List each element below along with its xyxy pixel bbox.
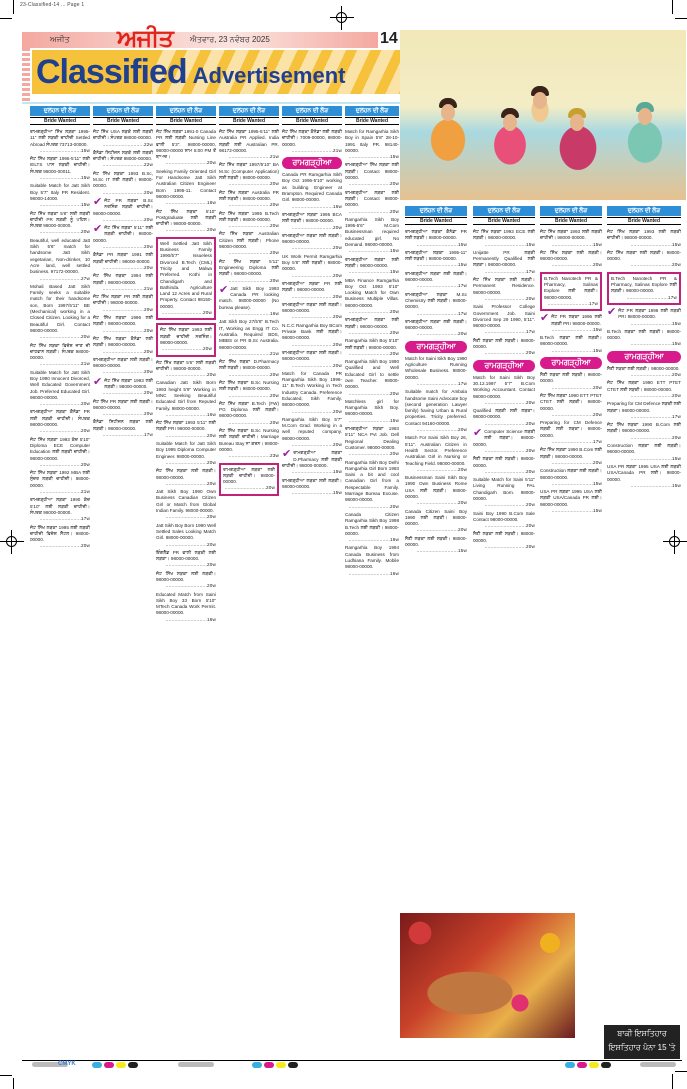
- ad-text: ਰਾਮਗੜ੍ਹੀਆ ਲੜਕਾ ਲਈ ਲੜਕੀ। 98000-00000.: [345, 257, 399, 270]
- classified-ad: B.Tech ਲੜਕਾ ਲਈ ਲੜਕੀ। 98000-00000........…: [607, 329, 681, 348]
- classified-ad: ਜੱਟ ਸਿੱਖ ਲੜਕਾ B.Tech (FW) PG Diploma ਲਈ …: [219, 401, 279, 426]
- ad-text: Jatt Sikh Boy 1990 Own Business Canadian…: [156, 489, 216, 514]
- divider: [22, 102, 400, 104]
- ad-word-count: ............................20w: [473, 448, 535, 454]
- column-header: ਦੁਲਹਨ ਦੀ ਲੋੜBride Wanted: [219, 106, 279, 125]
- ad-text: ਜੱਟ ਸਿੱਖ ਲੜਕਾ 1993 ਕੱਦ 5'10" Diploma ECE…: [30, 437, 90, 462]
- column-heading-punjabi: ਦੁਲਹਨ ਦੀ ਲੋੜ: [607, 206, 681, 216]
- ad-text: ਜੱਟ ਸਿੱਖ ਲੜਕਾ 1995-5'11" ਲਈ Australia PR…: [219, 129, 279, 154]
- classified-ad: ਰਾਮਗੜ੍ਹੀਆ ਲੜਕਾ ਲਈ ਲੜਕੀ। Contact 98000-00…: [345, 190, 399, 215]
- column-heading-english: Bride Wanted: [607, 217, 681, 225]
- ad-word-count: ............................20w: [345, 209, 399, 215]
- ad-word-count: ............................20w: [473, 421, 535, 427]
- classified-ad: ਜੱਟ ਸਿੱਖ ਲੜਕਾ PR ਲਈ ਲੜਕੀ ਚਾਹੀਦੀ। 98000-0…: [93, 294, 153, 313]
- ad-word-count: ............................20w: [345, 451, 399, 457]
- ad-text: ਰਾਮਗੜ੍ਹੀਆ ਲੜਕਾ ਲਈ ਲੜਕੀ ਚਾਹੀਦੀ। 98000-000…: [223, 467, 275, 486]
- ad-word-count: ............................20w: [30, 334, 90, 340]
- ad-text: Mohali Based Jatt Sikh Family seeks a su…: [30, 284, 90, 334]
- ad-text: ਕੈਨੇਡਾ ਸਿਟੀਜ਼ਨ ਲੜਕੇ ਲਈ ਲੜਕੀ ਚਾਹੀਦੀ। ਸੰਪਰ…: [93, 150, 153, 163]
- ad-text: ਜੱਟ ਸਿੱਖ ਲੜਕਾ 1993 B.Sc, M.Sc IT ਲਈ ਲੜਕੀ…: [93, 171, 153, 190]
- column-heading-punjabi: ਦੁਲਹਨ ਦੀ ਲੋੜ: [473, 206, 535, 216]
- ad-word-count: ............................20w: [540, 460, 602, 466]
- classified-ad: ਰਾਮਗੜ੍ਹੀਆ ਲੜਕਾ ਲਈ ਲੜਕੀ ਚਾਹੀਦੀ। 98000-000…: [219, 463, 279, 496]
- classified-ad: B.Tech ਲੜਕਾ ਲਈ ਲੜਕੀ। 98000-00000........…: [540, 335, 602, 354]
- classified-ad: Suitable Match for Jatt Sikh Boy 1990 In…: [30, 370, 90, 408]
- classified-ad: Saini Boy 1990 B.Com Sale Contact 98000-…: [473, 511, 535, 530]
- classified-ad: Canadian Jatt Sikh Born 1993 height 5'9"…: [156, 380, 216, 418]
- classified-ad: Ramgarhia Sikh Boy Delhi Ramgarhia Girl …: [345, 460, 399, 510]
- classified-ad: ਰਾਮਗੜ੍ਹੀਆ ਸਿੱਖ ਲੜਕਾ 1995-11" ਲਈ ਲੜਕੀ ਚਾਹ…: [30, 129, 90, 154]
- ad-text: Ramgarhia Sikh Boy 1995-5'6" M.Com Busin…: [345, 217, 399, 248]
- ad-text: Match for Saini Sikh Boy 1990 Agricultur…: [405, 356, 467, 381]
- ad-word-count: ............................20w: [345, 391, 399, 397]
- ad-column-7: ਦੁਲਹਨ ਦੀ ਲੋੜBride Wanted ਰਾਮਗੜ੍ਹੀਆ ਲੜਕਾ …: [405, 206, 467, 906]
- ad-word-count: ............................20w: [156, 372, 216, 378]
- ad-word-count: ............................20w: [93, 190, 153, 196]
- ad-word-count: ............................17w: [405, 311, 467, 317]
- ad-text: Saini Boy 1990 B.Com Sale Contact 98000-…: [473, 511, 535, 524]
- classified-ad: ਜੱਟ ਸਿੱਖ ਲੜਕਾ 1997/5'10" BA M.Sc (Comput…: [219, 162, 279, 187]
- ad-text: ਜੱਟ ਸਿੱਖ ਲੜਕਾ 5'8" ਲਈ ਲੜਕੀ ਚਾਹੀਦੀ PR ਲੜਕ…: [30, 211, 90, 230]
- classified-ad: ਜੱਟ ਸਿੱਖ ਲੜਕਾ 1993 ਲਈ ਲੜਕੀ ਚਾਹੀਦੀ। 98000…: [607, 229, 681, 248]
- classified-ad: ਜੱਟ PR ਲੜਕਾ 1996 ਲਈ ਲੜਕੀ PR। 98000-00000…: [607, 308, 681, 327]
- ad-word-count: ............................17w: [473, 329, 535, 335]
- classified-ad: ਰਾਮਗੜ੍ਹੀਆ ਲੜਕਾ ਲਈ ਲੜਕੀ। 98000-00000.....…: [282, 350, 342, 369]
- ad-text: ਜੱਟ ਸਿੱਖ ਲੜਕਾ 1992 MBA ਲਈ ਸੁੰਦਰ ਲੜਕੀ ਚਾਹ…: [30, 470, 90, 489]
- classified-ad: ਰਾਮਗੜ੍ਹੀਆ ਲੜਕਾ ਲਈ ਲੜਕੀ। 98000-00000.....…: [405, 271, 467, 290]
- ad-text: ਜੱਟ ਸਿੱਖ ਲੜਕਾ 1995-5'11" ਲਈ IELTS ਪਾਸ ਲੜ…: [30, 156, 90, 175]
- classified-ad: ਜੱਟ ਸਿੱਖ ਲੜਕਾ 5'11" ਲਈ ਲੜਕੀ ਚਾਹੀਦੀ। 9800…: [93, 225, 153, 250]
- ad-column-4: ਦੁਲਹਨ ਦੀ ਲੋੜBride Wanted ਜੱਟ ਸਿੱਖ ਲੜਕਾ 1…: [219, 106, 279, 499]
- ad-word-count: ............................20w: [405, 527, 467, 533]
- ad-text: Ramgarhia Sikh Boy 5'7" M.Com Grad. Work…: [282, 417, 342, 442]
- ad-word-count: ............................20w: [282, 409, 342, 415]
- classified-ad: Ramgarhia Sikh Boy 5'7" M.Com Grad. Work…: [282, 417, 342, 448]
- classified-ad: Match for Saini Sikh Boy 1990 Agricultur…: [405, 356, 467, 387]
- ad-word-count: ............................17w: [540, 439, 602, 445]
- ad-word-count: ............................20w: [30, 229, 90, 235]
- ad-word-count: ............................20w: [156, 542, 216, 548]
- classified-ad: Suitable Match for Saini 5'11" Living Ru…: [473, 477, 535, 508]
- ad-word-count: ............................20w: [160, 346, 212, 352]
- ad-word-count: ............................20w: [30, 543, 90, 549]
- classified-ad: ਜੱਟ ਸਿੱਖ ਲੜਕਾ 1995-5'11" ਲਈ Australia PR…: [219, 129, 279, 160]
- crop-mark: [675, 18, 687, 19]
- ad-word-count: ............................15w: [607, 483, 681, 489]
- classified-ad: ਜੱਟ ਸਿੱਖ ਲੜਕਾ 1990 ETT PTET CTET ਲਈ ਲੜਕੀ…: [607, 380, 681, 399]
- ad-text: USA PR ਲੜਕਾ 1995 USA ਲਈ ਲੜਕੀ USA/Canada …: [607, 464, 681, 483]
- ad-text: ਜੱਟ ਸਿੱਖ ਲੜਕਾ 5'11" ਲਈ ਲੜਕੀ ਚਾਹੀਦੀ। 9800…: [93, 225, 153, 244]
- classified-ad: ਇੰਗਲੈਂਡ PR ਵਾਲੀ ਲੜਕੀ ਲਈ ਲੜਕਾ। 98000-0000…: [156, 550, 216, 569]
- classified-ad: ਜੱਟ ਸਿੱਖ ਲੜਕਾ ਕੈਨੇਡਾ ਲਈ ਲੜਕੀ। 98000-0000…: [93, 336, 153, 355]
- classified-ad: ਜੱਟ ਸਿੱਖ ਲੜਕਾ 1995 B.Tech ਲਈ ਲੜਕੀ। 98000…: [219, 211, 279, 230]
- ad-text: Match for Saini Sikh Boy 30.12.1997 5'7"…: [473, 375, 535, 400]
- ad-text: ਜੱਟ ਸਿੱਖ ਲੜਕਾ 1990 ETT PTET CTET ਲਈ ਲੜਕੀ…: [607, 380, 681, 393]
- ad-text: ਜੱਟ ਸਿੱਖ ਲੜਕਾ D.Pharmacy ਲਈ ਲੜਕੀ। 98000-…: [219, 359, 279, 372]
- ad-word-count: ............................15w: [30, 148, 90, 154]
- classified-ad: Match for Saini Sikh Boy 30.12.1997 5'7"…: [473, 375, 535, 406]
- ad-text: Businessman Saini Sikh Boy 1990 Own Busi…: [405, 475, 467, 500]
- ad-text: ਜੱਟ ਸਿੱਖ ਲੜਕਾ 1994 ਲਈ ਲੜਕੀ। 98000-00000.: [93, 273, 153, 286]
- classified-ad: ਜੱਟ ਸਿੱਖ ਲੜਕਾ 1990 B.Com ਲਈ ਲੜਕੀ। 98000-…: [607, 422, 681, 441]
- classified-ad: USA PR ਲੜਕਾ 1995 USA ਲਈ ਲੜਕੀ USA/Canada …: [607, 464, 681, 489]
- column-header: ਦੁਲਹਨ ਦੀ ਲੋੜBride Wanted: [156, 106, 216, 125]
- classified-ad: ਜੱਟ ਸਿੱਖ ਲੜਕਾ ਲਈ ਲੜਕੀ। Permanent Residen…: [473, 277, 535, 302]
- classified-ad: ਜੱਟ PR ਲੜਕਾ 1996 ਲਈ ਲੜਕੀ PR। 98000-00000…: [540, 314, 602, 333]
- classified-ad: Well Settled Jatt Sikh Business Family 1…: [156, 237, 216, 321]
- classified-ad: ਜੱਟ ਸਿੱਖ ਲੜਕਾ ਲਈ ਲੜਕੀ। 98000-00000......…: [156, 571, 216, 590]
- ad-word-count: ............................20w: [219, 420, 279, 426]
- classified-ad: ਰਾਮਗੜ੍ਹੀਆ ਲੜਕਾ ਕੈਨੇਡਾ PR ਲਈ ਲੜਕੀ। 98000-…: [405, 229, 467, 248]
- column-heading-english: Bride Wanted: [93, 117, 153, 125]
- ad-word-count: ............................21w: [93, 286, 153, 292]
- ad-word-count: ............................20w: [282, 294, 342, 300]
- classified-ad: Seeking Family Oriented Girl For Handsom…: [156, 169, 216, 207]
- column-header: ਦੁਲਹਨ ਦੀ ਲੋੜBride Wanted: [540, 206, 602, 225]
- ad-word-count: ............................20w: [93, 217, 153, 223]
- ad-word-count: ............................20w: [473, 502, 535, 508]
- classified-ad: MBA Finance Ramgarhia Boy Oct 1993 5'10"…: [345, 278, 399, 316]
- classified-ad: ਜੱਟ ਸਿੱਖ ਲੜਕਾ ਲਈ ਲੜਕੀ। 98000-00000......…: [156, 468, 216, 487]
- classified-ad: ਜੱਟ ਸਿੱਖ ਲੜਕਾ 1995-5'11" ਲਈ IELTS ਪਾਸ ਲੜ…: [30, 156, 90, 181]
- ad-word-count: ............................16w: [156, 617, 216, 623]
- ad-text: ਰਾਮਗੜ੍ਹੀਆ ਲੜਕਾ M.Sc Chemistry ਲਈ ਲੜਕੀ। 9…: [405, 292, 467, 311]
- ad-text: ਰਾਮਗੜ੍ਹੀਆ ਲੜਕਾ 1995-11" ਲਈ ਲੜਕੀ। 98000-0…: [405, 250, 467, 263]
- ad-word-count: ............................16w: [282, 204, 342, 210]
- classified-ad: Canada Citizen Saini Boy 1990 ਲਈ ਲੜਕੀ। 9…: [405, 509, 467, 534]
- ad-text: Beautiful, well educated Jatt Sikh 5'6" …: [30, 238, 90, 276]
- ad-word-count: ............................20w: [30, 462, 90, 468]
- ad-text: Construction ਲੜਕਾ ਲਈ ਲੜਕੀ। 98000-00000.: [607, 443, 681, 456]
- classified-ad: Ramgarhia Sikh Boy 1995-5'6" M.Com Busin…: [345, 217, 399, 255]
- ad-text: UK Work Permit Ramgarhia Boy 5'8" ਲਈ ਲੜਕ…: [282, 254, 342, 273]
- ad-word-count: ............................21w: [219, 351, 279, 357]
- ad-word-count: ............................16w: [219, 311, 279, 317]
- classified-ad: USA PR ਲੜਕਾ 1995 USA ਲਈ ਲੜਕੀ USA/Canada …: [540, 489, 602, 514]
- ad-list: ਜੱਟ ਸਿੱਖ ਲੜਕਾ 1993 ਲਈ ਲੜਕੀ ਚਾਹੀਦੀ। 98000…: [540, 229, 602, 514]
- ad-word-count: ............................15w: [607, 341, 681, 347]
- classified-ad: ਜੱਟ ਸਿੱਖ ਲੜਕਾ 1990 B.Com ਲਈ ਲੜਕੀ। 98000-…: [540, 447, 602, 466]
- ad-text: ਰਾਮਗੜ੍ਹੀਆ ਲੜਕਾ ਲਈ ਲੜਕੀ। 98000-00000.: [282, 350, 342, 363]
- classified-ad: ਜੱਟ ਸਿੱਖ ਲੜਕਾ 1993 B.Sc, M.Sc IT ਲਈ ਲੜਕੀ…: [93, 171, 153, 196]
- ad-word-count: ............................20w: [345, 504, 399, 510]
- ad-text: ਜੱਟ ਸਿੱਖ ਲੜਕਾ B.Sc Nursing ਲਈ ਲੜਕੀ ਚਾਹੀਦ…: [219, 428, 279, 453]
- section-title-band: ClassifiedAdvertisement: [32, 50, 402, 94]
- ad-text: Jatt Sikh Boy 27/5'8" B.Tech IT, Working…: [219, 319, 279, 350]
- registration-mark-icon: [330, 6, 354, 30]
- ad-text: ਜੱਟ ਸਿੱਖ ਲੜਕਾ 1993 ਲਈ ਲੜਕੀ। 98000-00000.: [93, 378, 153, 391]
- ad-word-count: ............................17w: [93, 432, 153, 438]
- ad-list: Match for Ramgarhia Sikh Boy in Spain 5'…: [345, 129, 399, 577]
- ad-text: ਜੱਟ ਸਿੱਖ ਲੜਕਾ 1993 ECE ਲਈ ਲੜਕੀ। 98000-00…: [473, 229, 535, 242]
- ad-text: Suitable Match for Saini 5'11" Living Ru…: [473, 477, 535, 502]
- ad-word-count: ............................20w: [345, 309, 399, 315]
- classified-ad: Qualified ਲੜਕੀ ਲਈ ਲੜਕਾ। 98000-00000.....…: [473, 408, 535, 427]
- ad-word-count: ............................20w: [405, 331, 467, 337]
- ad-text: ਰਾਮਗੜ੍ਹੀਆ ਲੜਕਾ ਲਈ ਲੜਕੀ। 98000-00000.: [282, 302, 342, 315]
- ad-word-count: ............................17w: [611, 295, 677, 301]
- issue-date: ਐਤਵਾਰ, 23 ਨਵੰਬਰ 2025: [190, 35, 270, 45]
- ad-text: ਜੱਟ ਸਿੱਖ ਲੜਕਾ B.Sc Nursing ਲਈ ਲੜਕੀ। 9800…: [219, 380, 279, 393]
- ad-word-count: ............................20w: [540, 412, 602, 418]
- ad-text: ਜੱਟ ਸਿੱਖ ਲੜਕਾ 5'11" Engineering Diploma …: [219, 259, 279, 278]
- print-gray-bar: [178, 1062, 214, 1067]
- ad-word-count: ............................27w: [30, 276, 90, 282]
- classified-ad: ਰਾਮਗੜ੍ਹੀਆ ਸਿੱਖ ਲੜਕਾ ਲਈ ਲੜਕੀ। Contact 980…: [345, 162, 399, 187]
- notice-line-2: ਇਸ਼ਤਿਹਾਰ ਪੰਨਾ 15 'ਤੇ: [607, 1041, 677, 1055]
- ad-word-count: ............................20w: [473, 544, 535, 550]
- ad-text: N.C.C Ramgarhia Boy BCom Private Bank ਲਈ…: [282, 323, 342, 342]
- classified-ad: Beautiful, well educated Jatt Sikh 5'6" …: [30, 238, 90, 282]
- ad-word-count: ............................21w: [30, 361, 90, 367]
- ad-text: Match for Canada PR Ramgarhia Sikh Boy 1…: [282, 371, 342, 409]
- figure-face: [570, 114, 584, 131]
- classified-ad: B.Tech Nanotech PR & Pharmacy, Salinas E…: [540, 272, 602, 311]
- print-slug: 23-Classified-14 ... Page 1: [20, 2, 84, 8]
- ad-list: ਜੱਟ ਸਿੱਖ ਲੜਕਾ ਕੈਨੇਡਾ ਲਈ ਲੜਕੀ ਚਾਹੀਦੀ। 700…: [282, 129, 342, 496]
- ad-text: ਜੱਟ ਸਿੱਖ ਲੜਕਾ 1993 ਲਈ ਲੜਕੀ ਚਾਹੀਦੀ। 98000…: [540, 229, 602, 242]
- classified-ad: ਜੱਟ ਸਿੱਖ ਲੜਕਾ ਲਈ ਲੜਕੀ। 98000-00000......…: [540, 250, 602, 269]
- column-header: ਦੁਲਹਨ ਦੀ ਲੋੜBride Wanted: [607, 206, 681, 225]
- classified-ad: ਰਾਮਗੜ੍ਹੀਆ ਲੜਕਾ ਲਈ ਲੜਕੀ। 98000-00000.....…: [282, 302, 342, 321]
- ad-word-count: ............................15w: [405, 548, 467, 554]
- ad-word-count: ............................20w: [219, 393, 279, 399]
- ad-text: ਜੱਟ ਸਿੱਖ ਲੜਕਾ 1993 ਲਈ ਲੜਕੀ ਚਾਹੀਦੀ। 98000…: [607, 229, 681, 242]
- ad-text: ਸੈਣੀ ਲੜਕਾ ਲਈ ਲੜਕੀ। 98000-00000.: [405, 536, 467, 549]
- classified-ad: ਜੱਟ ਸਿੱਖ ਲੜਕਾ 1993 ਕੱਦ 5'10" Diploma ECE…: [30, 437, 90, 468]
- ad-text: ਜੱਟ ਸਿੱਖ ਲੜਕਾ 1995 B.Tech ਲਈ ਲੜਕੀ। 98000…: [219, 211, 279, 224]
- ad-word-count: ............................21w: [30, 489, 90, 495]
- title-word-classified: Classified: [36, 53, 187, 91]
- classified-ad: ਜੱਟ ਸਿੱਖ ਲੜਕਾ ਲਈ ਲੜਕੀ। 98000-00000......…: [607, 250, 681, 269]
- ad-text: ਜੱਟ ਸਿੱਖ ਲੜਕਾ ਲਈ ਲੜਕੀ। Permanent Residen…: [473, 277, 535, 296]
- ad-word-count: ............................17w: [607, 414, 681, 420]
- classified-ad: ਜੱਟ ਸਿੱਖ ਲੜਕਾ 1995 ਲਈ ਲੜਕੀ ਚਾਹੀਦੀ ਵਿਦੇਸ਼…: [30, 525, 90, 550]
- ad-word-count: ............................20w: [607, 393, 681, 399]
- column-heading-punjabi: ਦੁਲਹਨ ਦੀ ਲੋੜ: [345, 106, 399, 116]
- newspaper-logo: ਅਜੀਤ: [117, 23, 173, 52]
- column-heading-english: Bride Wanted: [473, 217, 535, 225]
- classified-ad: ਜੱਟ ਸਿੱਖ ਲੜਕਾ 5'8" ਲਈ ਲੜਕੀ ਚਾਹੀਦੀ PR ਲੜਕ…: [30, 211, 90, 236]
- title-word-advertisement: Advertisement: [193, 63, 346, 88]
- ad-text: ਰਾਮਗੜ੍ਹੀਆ ਲੜਕਾ ਕੈਨੇਡਾ PR ਲਈ ਲੜਕੀ ਚਾਹੀਦੀ।…: [30, 409, 90, 428]
- classified-ad: ਸੈਣੀ ਲੜਕਾ ਲਈ ਲੜਕੀ। 98000-00000..........…: [405, 536, 467, 555]
- ad-word-count: ............................20w: [156, 583, 216, 589]
- ad-text: ਰਾਮਗੜ੍ਹੀਆ ਲੜਕਾ ਲਈ ਲੜਕੀ। 98000-00000.: [345, 317, 399, 330]
- ad-word-count: ............................15w: [345, 418, 399, 424]
- classified-ad: ਰਾਮਗੜ੍ਹੀਆ ਲੜਕਾ 1990 ਕੱਦ 5'10" ਲਈ ਲੜਕੀ ਚਾ…: [30, 497, 90, 522]
- ad-text: Canada Citizen Ramgarhia Sikh Boy 1998 B…: [345, 512, 399, 537]
- classified-ad: ਜੱਟ ਸਿੱਖ ਲੜਕਾ 1993 ਲਈ ਲੜਕੀ। 98000-00000.…: [93, 378, 153, 397]
- masthead-strip: ਅਜੀਤ ਅਜੀਤ ਐਤਵਾਰ, 23 ਨਵੰਬਰ 2025: [22, 32, 378, 48]
- ad-text: Suitable Match for Jatt Sikh Boy 5'7" It…: [30, 183, 90, 202]
- section-title: ClassifiedAdvertisement: [36, 53, 345, 92]
- ad-text: ਰਾਮਗੜ੍ਹੀਆ ਲੜਕਾ ਲਈ ਲੜਕੀ। 98000-00000.: [405, 271, 467, 284]
- ad-word-count: ............................20w: [607, 435, 681, 441]
- crop-mark: [672, 1074, 673, 1089]
- classified-ad: Ramgarhia Sikh Boy 1990 Qualified and We…: [345, 359, 399, 397]
- crop-mark: [672, 0, 673, 14]
- ad-text: Construction ਲੜਕਾ ਲਈ ਲੜਕੀ। 98000-00000.: [540, 468, 602, 481]
- ad-text: ਕੈਨੇਡਾ PR ਲੜਕਾ 1991 ਲਈ ਲੜਕੀ ਚਾਹੀਦੀ। 9800…: [93, 252, 153, 265]
- classified-ad: Matchless girl for Ramgarhia Sikh Boy. 9…: [345, 399, 399, 424]
- ad-word-count: ............................20w: [345, 181, 399, 187]
- column-heading-english: Bride Wanted: [345, 117, 399, 125]
- classified-ad: Jatt Sikh Boy 1993 Canada PR looking mat…: [219, 286, 279, 317]
- classified-ad: Jatt Sikh Boy Born 1990 Well Settled Sal…: [156, 523, 216, 548]
- column-header: ਦੁਲਹਨ ਦੀ ਲੋੜBride Wanted: [93, 106, 153, 125]
- classified-ad: UK Work Permit Ramgarhia Boy 5'8" ਲਈ ਲੜਕ…: [282, 254, 342, 279]
- classified-ad: ਜੱਟ ਸਿੱਖ ਲੜਕਾ Australian Citizen ਲਈ ਲੜਕੀ…: [219, 231, 279, 256]
- ad-text: ਰਾਮਗੜ੍ਹੀਆ ਲੜਕਾ ਲਈ ਲੜਕੀ। 98000-00000.: [282, 478, 342, 491]
- ad-text: Match For Saini Sikh Boy 26, 5'11". Aust…: [405, 435, 467, 466]
- ad-text: ਰਾਮਗੜ੍ਹੀਆ ਲੜਕਾ ਕੈਨੇਡਾ PR ਲਈ ਲੜਕੀ। 98000-…: [405, 229, 467, 242]
- classified-ad: ਸੈਣੀ ਲੜਕਾ ਲਈ ਲੜਕੀ। 98000-00000..........…: [540, 372, 602, 391]
- ad-word-count: ............................20w: [607, 262, 681, 268]
- figure-face: [638, 108, 652, 125]
- ad-word-count: ............................17w: [405, 283, 467, 289]
- classified-ad: ਜੱਟ ਸਿੱਖ ਲੜਕਾ ਵਿਦੇਸ਼ ਜਾਣ ਦੀ ਚਾਹਵਾਨ ਲੜਕੀ।…: [30, 343, 90, 368]
- classified-ad: Construction ਲੜਕਾ ਲਈ ਲੜਕੀ। 98000-00000..…: [540, 468, 602, 487]
- classified-ad: ਜੱਟ ਸਿੱਖ ਲੜਕਾ 1993 ECE ਲਈ ਲੜਕੀ। 98000-00…: [473, 229, 535, 248]
- ad-word-count: ............................15w: [345, 248, 399, 254]
- ad-word-count: ............................17w: [405, 381, 467, 387]
- ad-text: ਰਾਮਗੜ੍ਹੀਆ ਲੜਕਾ 1993 5'11" NCA Pvt Job. D…: [345, 426, 399, 451]
- more-ads-notice: ਬਾਕੀ ਇਸ਼ਤਿਹਾਰ ਇਸ਼ਤਿਹਾਰ ਪੰਨਾ 15 'ਤੇ: [604, 1025, 680, 1059]
- ad-text: Ramgarhia Boy 1994 Canada Business from …: [345, 545, 399, 570]
- classified-ad: Preparing for CM Defence ਲੜਕੀ ਲਈ ਲੜਕਾ। 9…: [540, 420, 602, 445]
- community-banner: ਰਾਮਗੜ੍ਹੀਆ: [282, 157, 342, 169]
- column-heading-punjabi: ਦੁਲਹਨ ਦੀ ਲੋੜ: [30, 106, 90, 116]
- ad-word-count: ............................20w: [282, 314, 342, 320]
- ad-list: ਜੱਟ ਸਿੱਖ ਲੜਕਾ 1993 ECE ਲਈ ਲੜਕੀ। 98000-00…: [473, 229, 535, 550]
- ad-text: Ramgarhia Sikh Boy 1990 Qualified and We…: [345, 359, 399, 390]
- classified-ad: Jatt Sikh Boy 1990 Own Business Canadian…: [156, 489, 216, 520]
- classified-ad: ਜੱਟ PR ਲੜਕਾ B.Sc ਨਰਸਿੰਗ ਲੜਕੀ ਚਾਹੀਦੀ। 980…: [93, 198, 153, 223]
- ad-text: ਜੱਟ ਸਿੱਖ ਲੜਕਾ 1997/5'10" BA M.Sc (Comput…: [219, 162, 279, 181]
- footer-rule: [22, 1060, 682, 1061]
- ad-text: Qualified ਲੜਕੀ ਲਈ ਲੜਕਾ। 98000-00000.: [473, 408, 535, 421]
- ad-word-count: ............................20w: [345, 351, 399, 357]
- ad-text: ਜੱਟ ਸਿੱਖ ਲੜਕਾ ਲਈ ਲੜਕੀ। 98000-00000.: [156, 571, 216, 584]
- ad-word-count: ............................20w: [93, 369, 153, 375]
- column-heading-english: Bride Wanted: [219, 117, 279, 125]
- ad-word-count: ............................20w: [219, 278, 279, 284]
- ad-text: ਜੱਟ ਸਿੱਖ ਲੜਕਾ PR ਲਈ ਲੜਕੀ ਚਾਹੀਦੀ। 98000-0…: [93, 294, 153, 307]
- classified-ad: ਜੱਟ ਸਿੱਖ ਲੜਕਾ 1994 ਲਈ ਲੜਕੀ। 98000-00000.…: [93, 273, 153, 292]
- ad-word-count: ............................15w: [540, 348, 602, 354]
- classified-ad: Ramgarhia Sikh Boy 5'10" ਲਈ ਲੜਕੀ। 98000-…: [345, 338, 399, 357]
- column-header: ਦੁਲਹਨ ਦੀ ਲੋੜBride Wanted: [30, 106, 90, 125]
- ad-text: ਜੱਟ ਸਿੱਖ ਲੜਕਾ 1995 ਲਈ ਲੜਕੀ ਚਾਹੀਦੀ ਵਿਦੇਸ਼…: [30, 525, 90, 544]
- ad-text: ਰਾਮਗੜ੍ਹੀਆ ਲੜਕਾ ਲਈ ਲੜਕੀ। 98000-00000.: [405, 319, 467, 332]
- ad-word-count: ............................15w: [540, 327, 602, 333]
- classified-ad: Ramgarhia Boy 1994 Canada Business from …: [345, 545, 399, 576]
- ad-column-3: ਦੁਲਹਨ ਦੀ ਲੋੜBride Wanted ਜੱਟ ਸਿੱਖ ਲੜਕਾ 1…: [156, 106, 216, 625]
- ad-text: B.Tech ਲੜਕਾ ਲਈ ਲੜਕੀ। 98000-00000.: [607, 329, 681, 342]
- ad-text: Seeking Family Oriented Girl For Handsom…: [156, 169, 216, 200]
- classified-ad: Mohali Based Jatt Sikh Family seeks a su…: [30, 284, 90, 341]
- ad-text: ਜੱਟ PR ਲੜਕਾ 1996 ਲਈ ਲੜਕੀ PR। 98000-00000…: [540, 314, 602, 327]
- column-header: ਦੁਲਹਨ ਦੀ ਲੋੜBride Wanted: [405, 206, 467, 225]
- ad-word-count: ............................15w: [607, 242, 681, 248]
- ad-word-count: ............................20w: [156, 562, 216, 568]
- ad-word-count: ............................20w: [219, 202, 279, 208]
- crop-mark: [0, 1075, 12, 1076]
- ad-word-count: ............................20w: [473, 350, 535, 356]
- ad-text: Match for Ramgarhia Sikh Boy in Spain 5'…: [345, 129, 399, 154]
- column-heading-english: Bride Wanted: [282, 117, 342, 125]
- classified-ad: ਜੱਟ ਸਿੱਖ ਲੜਕਾ 1993 ਲਈ ਲੜਕੀ ਚਾਹੀਦੀ। 98000…: [540, 229, 602, 248]
- ad-word-count: ............................20w: [156, 481, 216, 487]
- ad-word-count: ............................16w: [345, 571, 399, 577]
- ad-word-count: ............................20w: [93, 265, 153, 271]
- decorative-bar: [22, 48, 30, 102]
- classified-ad: ਰਾਮਗੜ੍ਹੀਆ ਲੜਕਾ PR ਲਈ ਲੜਕੀ। 98000-00000..…: [282, 281, 342, 300]
- ad-text: Jatt Sikh Boy 1993 Canada PR looking mat…: [219, 286, 279, 311]
- classified-ad: ਜੱਟ ਸਿੱਖ ਲੜਕਾ 1992 MBA ਲਈ ਸੁੰਦਰ ਲੜਕੀ ਚਾਹ…: [30, 470, 90, 495]
- ad-list: ਜੱਟ ਸਿੱਖ USA ਲੜਕੇ ਲਈ ਲੜਕੀ ਚਾਹੀਦੀ। ਸੰਪਰਕ …: [93, 129, 153, 438]
- ad-text: ਸੈਣੀ ਲੜਕਾ ਲਈ ਲੜਕੀ। 98000-00000.: [473, 531, 535, 544]
- ad-text: ਇੰਗਲੈਂਡ PR ਵਾਲੀ ਲੜਕੀ ਲਈ ਲੜਕਾ। 98000-0000…: [156, 550, 216, 563]
- classified-ad: Canada PR Ramgarhia Sikh Boy Oct 1996-5'…: [282, 172, 342, 210]
- ad-word-count: ............................15w: [473, 242, 535, 248]
- community-banner: ਰਾਮਗੜ੍ਹੀਆ: [405, 341, 467, 353]
- column-heading-punjabi: ਦੁਲਹਨ ਦੀ ਲੋੜ: [405, 206, 467, 216]
- ad-text: Suitable match for Ambala handsome Saini…: [405, 389, 467, 427]
- ad-word-count: ............................21w: [219, 154, 279, 160]
- classified-ad: ਜੱਟ ਸਿੱਖ ਲੜਕਾ 1993 ਲਈ ਲੜਕੀ ਚਾਹੀਦੀ ਨਰਸਿੰਗ…: [156, 323, 216, 356]
- classified-ad: N.C.C Ramgarhia Boy BCom Private Bank ਲਈ…: [282, 323, 342, 348]
- ad-text: Canadian Jatt Sikh Born 1993 height 5'9"…: [156, 380, 216, 411]
- ad-text: ਜੱਟ ਸਿੱਖ ਲੜਕਾ 1993 5'11" ਲਈ ਲੜਕੀ PR। 980…: [156, 420, 216, 433]
- ad-text: ਜੱਟ ਸਿੱਖ ਲੜਕਾ 1990 B.Com ਲਈ ਲੜਕੀ। 98000-…: [540, 447, 602, 460]
- ad-column-10: ਦੁਲਹਨ ਦੀ ਲੋੜBride Wanted ਜੱਟ ਸਿੱਖ ਲੜਕਾ 1…: [607, 206, 681, 1021]
- ad-text: ਜੱਟ ਸਿੱਖ ਲੜਕਾ ਲਈ ਲੜਕੀ। 98000-00000.: [156, 468, 216, 481]
- ad-word-count: ............................20w: [93, 390, 153, 396]
- ad-word-count: ............................20w: [93, 411, 153, 417]
- classified-ad: ਰਾਮਗੜ੍ਹੀਆ ਲੜਕਾ ਕੈਨੇਡਾ PR ਲਈ ਲੜਕੀ ਚਾਹੀਦੀ।…: [30, 409, 90, 434]
- ad-word-count: ............................15w: [345, 269, 399, 275]
- ad-text: Suitable Match for Jatt Sikh Boy 1995 Di…: [156, 441, 216, 460]
- column-header: ਦੁਲਹਨ ਦੀ ਲੋੜBride Wanted: [282, 106, 342, 125]
- ad-text: ਸੈਣੀ ਲੜਕਾ ਲਈ ਲੜਕੀ। 98000-00000.: [540, 372, 602, 385]
- classified-ad: Suitable Match for Jatt Sikh Boy 1995 Di…: [156, 441, 216, 466]
- ad-text: Unijatte PR ਲੜਕੀ Permanently Qualified ਲ…: [473, 250, 535, 269]
- classified-ad: B.Tech Nanotech PR & Pharmacy, Salinas E…: [607, 272, 681, 305]
- page-number: 14: [380, 30, 398, 48]
- ad-text: ਰਾਮਗੜ੍ਹੀਆ ਲੜਕਾ ਲਈ ਲੜਕੀ। 98000-00000.: [93, 357, 153, 370]
- classified-ad: ਕੈਨੇਡਾ ਸਿਟੀਜ਼ਨ ਲੜਕੇ ਲਈ ਲੜਕੀ ਚਾਹੀਦੀ। ਸੰਪਰ…: [93, 150, 153, 169]
- ad-text: ਜੱਟ ਸਿੱਖ ਲੜਕਾ 1990 ETT PTET CTET ਲਈ ਲੜਕੀ…: [540, 393, 602, 412]
- ad-word-count: ............................20w: [93, 349, 153, 355]
- print-gray-bar: [640, 1062, 676, 1067]
- photo-bridal-hands: [400, 913, 575, 1038]
- ad-word-count: ............................20w: [93, 328, 153, 334]
- column-heading-punjabi: ਦੁਲਹਨ ਦੀ ਲੋੜ: [93, 106, 153, 116]
- classified-ad: Construction ਲੜਕਾ ਲਈ ਲੜਕੀ। 98000-00000..…: [607, 443, 681, 462]
- registration-mark-icon: [0, 530, 24, 554]
- ad-word-count: ............................20w: [219, 181, 279, 187]
- ad-column-5: ਦੁਲਹਨ ਦੀ ਲੋੜBride Wanted ਜੱਟ ਸਿੱਖ ਲੜਕਾ ਕ…: [282, 106, 342, 498]
- ad-text: Computer Science ਲੜਕੀ ਲਈ ਲੜਕਾ। 98000-000…: [473, 429, 535, 448]
- ad-text: Matchless girl for Ramgarhia Sikh Boy. 9…: [345, 399, 399, 418]
- ad-word-count: ............................20w: [156, 433, 216, 439]
- classified-ad: ਸੈਣੀ ਲੜਕਾ ਲਈ ਲੜਕੀ। 98000-00000..........…: [473, 531, 535, 550]
- classified-ad: ਕੈਨੇਡਾ PR ਲੜਕਾ 1991 ਲਈ ਲੜਕੀ ਚਾਹੀਦੀ। 9800…: [93, 252, 153, 271]
- classified-ad: ਰਾਮਗੜ੍ਹੀਆ ਲੜਕਾ 1993 5'11" NCA Pvt Job. D…: [345, 426, 399, 457]
- ad-word-count: ............................22w: [93, 142, 153, 148]
